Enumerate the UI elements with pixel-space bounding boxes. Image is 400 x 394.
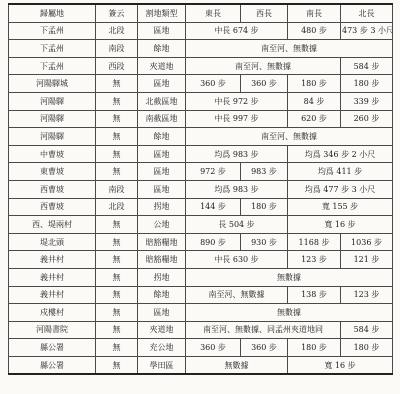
column-header-5: 南長 — [288, 4, 341, 22]
table-cell: 360 步 — [186, 75, 241, 93]
table-cell: 無數據 — [186, 304, 393, 322]
land-survey-table: 歸屬地簽云割地類型東長西長南長北長 下孟州北段區地中長 674 步480 步47… — [8, 3, 393, 375]
table-cell: 473 步 3 小尺 — [341, 22, 393, 40]
table-header-row: 歸屬地簽云割地類型東長西長南長北長 — [9, 4, 393, 22]
table-cell: 均爲 983 步 — [186, 145, 288, 163]
table-cell: 均爲 983 步 — [186, 180, 288, 198]
table-cell: 123 步 — [341, 286, 393, 304]
table-row: 義井村無拐地無數據 — [9, 268, 393, 286]
table-cell: 972 步 — [186, 163, 241, 181]
table-cell: 區地 — [138, 163, 186, 181]
table-cell: 拐地 — [138, 198, 186, 216]
table-cell: 無 — [96, 233, 138, 251]
table-row: 河陽驛城無區地360 步360 步180 步180 步 — [9, 75, 393, 93]
table-cell: 180 步 — [288, 339, 341, 357]
table-cell: 均爲 477 步 3 小尺 — [288, 180, 393, 198]
table-cell: 餘地 — [138, 128, 186, 146]
table-cell: 南截區地 — [138, 110, 186, 128]
table-row: 縣公署無學田區無數據寬 16 步 — [9, 356, 393, 374]
table-cell: 區地 — [138, 180, 186, 198]
table-cell: 無數據 — [186, 356, 288, 374]
table-cell: 長 504 步 — [186, 216, 288, 234]
table-cell: 南段 — [96, 40, 138, 58]
table-cell: 260 步 — [341, 110, 393, 128]
table-cell: 下孟州 — [9, 40, 96, 58]
table-row: 下孟州南段餘地南至河、無數據 — [9, 40, 393, 58]
table-cell: 堤北頭 — [9, 233, 96, 251]
table-row: 河陽驛無餘地南至河、無數據 — [9, 128, 393, 146]
table-cell: 河陽驛 — [9, 92, 96, 110]
table-cell: 賠豁糧地 — [138, 251, 186, 269]
table-cell: 區地 — [138, 22, 186, 40]
table-cell: 西曹坡 — [9, 198, 96, 216]
table-cell: 北截區地 — [138, 92, 186, 110]
table-cell: 河陽驛 — [9, 128, 96, 146]
table-cell: 區地 — [138, 75, 186, 93]
table-cell: 無 — [96, 268, 138, 286]
book-page: 歸屬地簽云割地類型東長西長南長北長 下孟州北段區地中長 674 步480 步47… — [0, 0, 400, 394]
table-cell: 無 — [96, 145, 138, 163]
table-cell: 夾道地 — [138, 57, 186, 75]
table-cell: 無數據 — [186, 268, 393, 286]
table-cell: 中長 972 步 — [186, 92, 288, 110]
table-row: 東曹坡無區地972 步983 步均爲 411 步 — [9, 163, 393, 181]
table-cell: 西段 — [96, 57, 138, 75]
column-header-2: 割地類型 — [138, 4, 186, 22]
table-cell: 無 — [96, 128, 138, 146]
table-cell: 均爲 411 步 — [288, 163, 393, 181]
table-cell: 930 步 — [241, 233, 288, 251]
table-cell: 339 步 — [341, 92, 393, 110]
table-cell: 區地 — [138, 304, 186, 322]
table-cell: 620 步 — [288, 110, 341, 128]
table-row: 河陽驛無南截區地中長 997 步620 步260 步 — [9, 110, 393, 128]
table-cell: 義井村 — [9, 251, 96, 269]
table-cell: 中曹坡 — [9, 145, 96, 163]
table-cell: 123 步 — [288, 251, 341, 269]
table-cell: 中長 630 步 — [186, 251, 288, 269]
table-cell: 890 步 — [186, 233, 241, 251]
table-cell: 南至河、無數據 — [186, 57, 341, 75]
table-cell: 584 步 — [341, 57, 393, 75]
table-row: 縣公署無充公地360 步360 步180 步180 步 — [9, 339, 393, 357]
table-row: 下孟州北段區地中長 674 步480 步473 步 3 小尺 — [9, 22, 393, 40]
table-row: 河陽驛無北截區地中長 972 步84 步339 步 — [9, 92, 393, 110]
table-cell: 南至河、無數據 — [186, 286, 288, 304]
table-cell: 充公地 — [138, 339, 186, 357]
table-cell: 中長 997 步 — [186, 110, 288, 128]
table-row: 西曹坡北段拐地144 步180 步寬 155 步 — [9, 198, 393, 216]
header-row: 歸屬地簽云割地類型東長西長南長北長 — [9, 4, 393, 22]
table-cell: 1036 步 — [341, 233, 393, 251]
column-header-1: 簽云 — [96, 4, 138, 22]
table-cell: 南至河、無數據 — [186, 128, 393, 146]
table-cell: 無 — [96, 110, 138, 128]
table-cell: 983 步 — [241, 163, 288, 181]
column-header-6: 北長 — [341, 4, 393, 22]
table-cell: 西、堤兩村 — [9, 216, 96, 234]
table-cell: 138 步 — [288, 286, 341, 304]
table-row: 義井村無餘地南至河、無數據138 步123 步 — [9, 286, 393, 304]
table-cell: 寬 155 步 — [288, 198, 393, 216]
table-cell: 無 — [96, 321, 138, 339]
table-cell: 南段 — [96, 180, 138, 198]
table-cell: 縣公署 — [9, 356, 96, 374]
table-cell: 180 步 — [288, 75, 341, 93]
table-cell: 180 步 — [341, 75, 393, 93]
table-cell: 河陽書院 — [9, 321, 96, 339]
table-cell: 戍樓村 — [9, 304, 96, 322]
table-row: 河陽書院無夾道地南至河、無數據、同孟州夾道地同584 步 — [9, 321, 393, 339]
table-cell: 拐地 — [138, 268, 186, 286]
table-cell: 縣公署 — [9, 339, 96, 357]
column-header-0: 歸屬地 — [9, 4, 96, 22]
table-cell: 寬 16 步 — [288, 216, 393, 234]
table-cell: 1168 步 — [288, 233, 341, 251]
table-row: 戍樓村無區地無數據 — [9, 304, 393, 322]
table-cell: 餘地 — [138, 286, 186, 304]
table-cell: 下孟州 — [9, 22, 96, 40]
table-cell: 無 — [96, 216, 138, 234]
table-row: 堤北頭無賠豁糧地890 步930 步1168 步1036 步 — [9, 233, 393, 251]
table-cell: 121 步 — [341, 251, 393, 269]
table-cell: 360 步 — [241, 339, 288, 357]
table-cell: 河陽驛 — [9, 110, 96, 128]
table-cell: 584 步 — [341, 321, 393, 339]
table-cell: 餘地 — [138, 40, 186, 58]
column-header-4: 西長 — [241, 4, 288, 22]
table-cell: 無 — [96, 92, 138, 110]
table-cell: 義井村 — [9, 268, 96, 286]
table-cell: 無 — [96, 163, 138, 181]
table-cell: 東曹坡 — [9, 163, 96, 181]
table-cell: 義井村 — [9, 286, 96, 304]
table-cell: 無 — [96, 251, 138, 269]
table-cell: 180 步 — [341, 339, 393, 357]
table-cell: 無 — [96, 75, 138, 93]
table-cell: 無 — [96, 356, 138, 374]
table-row: 西曹坡南段區地均爲 983 步均爲 477 步 3 小尺 — [9, 180, 393, 198]
table-row: 義井村無賠豁糧地中長 630 步123 步121 步 — [9, 251, 393, 269]
table-cell: 北段 — [96, 22, 138, 40]
table-cell: 公地 — [138, 216, 186, 234]
table-cell: 無 — [96, 339, 138, 357]
table-cell: 南至河、無數據、同孟州夾道地同 — [186, 321, 341, 339]
table-row: 下孟州西段夾道地南至河、無數據584 步 — [9, 57, 393, 75]
table-cell: 無 — [96, 304, 138, 322]
table-row: 西、堤兩村無公地長 504 步寬 16 步 — [9, 216, 393, 234]
table-cell: 360 步 — [241, 75, 288, 93]
table-cell: 84 步 — [288, 92, 341, 110]
table-cell: 480 步 — [288, 22, 341, 40]
table-cell: 南至河、無數據 — [186, 40, 393, 58]
table-cell: 北段 — [96, 198, 138, 216]
table-cell: 中長 674 步 — [186, 22, 288, 40]
table-cell: 夾道地 — [138, 321, 186, 339]
table-cell: 360 步 — [186, 339, 241, 357]
table-cell: 180 步 — [241, 198, 288, 216]
table-cell: 無 — [96, 286, 138, 304]
table-row: 中曹坡無區地均爲 983 步均爲 346 步 2 小尺 — [9, 145, 393, 163]
table-cell: 寬 16 步 — [288, 356, 393, 374]
table-cell: 河陽驛城 — [9, 75, 96, 93]
table-cell: 下孟州 — [9, 57, 96, 75]
table-cell: 區地 — [138, 145, 186, 163]
table-cell: 學田區 — [138, 356, 186, 374]
table-cell: 賠豁糧地 — [138, 233, 186, 251]
column-header-3: 東長 — [186, 4, 241, 22]
table-cell: 西曹坡 — [9, 180, 96, 198]
table-body: 下孟州北段區地中長 674 步480 步473 步 3 小尺下孟州南段餘地南至河… — [9, 22, 393, 374]
table-cell: 144 步 — [186, 198, 241, 216]
table-cell: 均爲 346 步 2 小尺 — [288, 145, 393, 163]
